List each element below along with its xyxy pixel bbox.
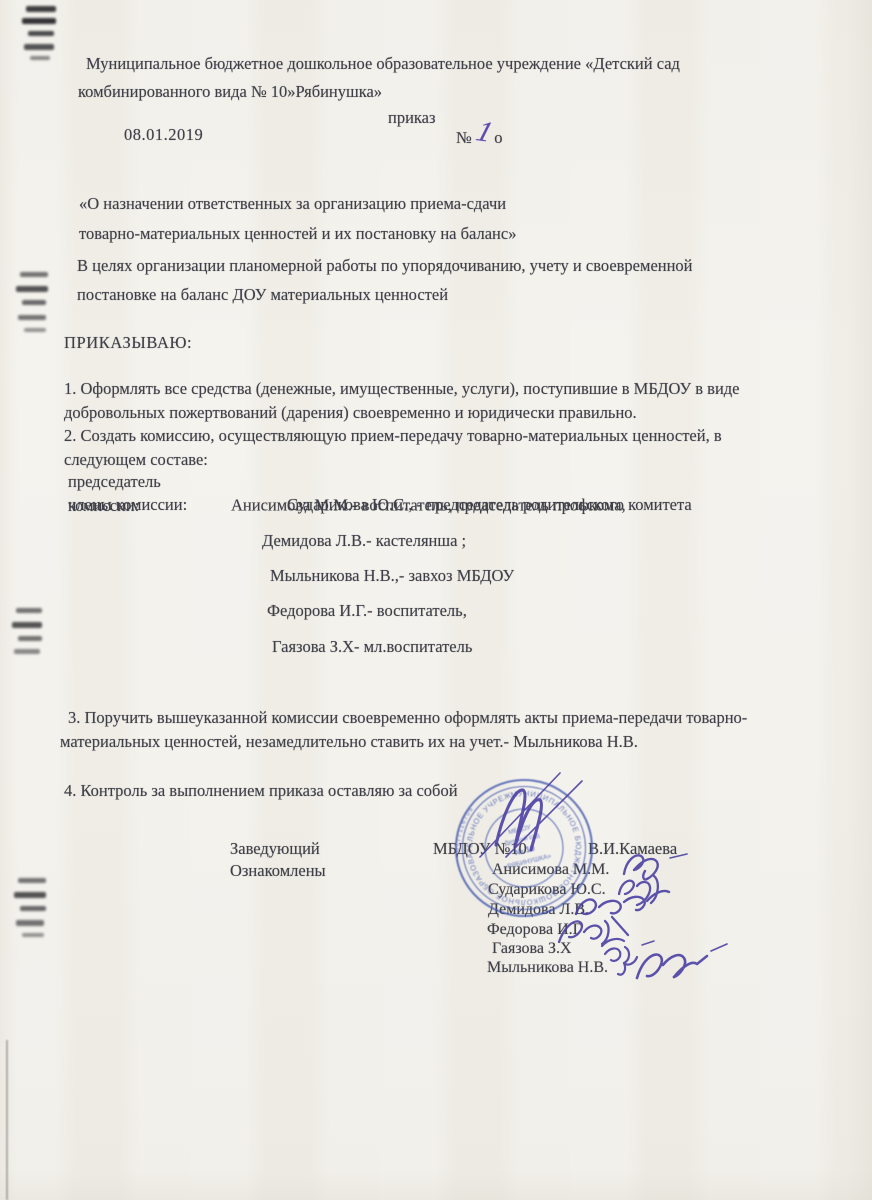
institution-header: Муниципальное бюджетное дошкольное образ… (78, 50, 758, 106)
members-label: члены комиссии: (68, 493, 231, 517)
signature-mylnikova (637, 944, 727, 978)
commission-members-row: члены комиссии:Сударикова Ю.С., - предсе… (68, 493, 868, 517)
handwritten-signatures-layer (430, 755, 740, 1005)
signature-gayazova (602, 939, 654, 975)
scanned-order-document: Муниципальное бюджетное дошкольное образ… (0, 0, 872, 1200)
order-item-2: 2. Создать комиссию, осуществляющую прие… (64, 424, 864, 471)
scan-edge-line (6, 1040, 8, 1200)
signing-role: Заведующий (230, 837, 320, 861)
order-item-4: 4. Контроль за выполнением приказа остав… (64, 779, 458, 803)
order-title: «О назначении ответственных за организац… (79, 189, 516, 248)
number-suffix: о (494, 128, 502, 147)
number-sign: № (456, 128, 472, 147)
members-first-value: Сударикова Ю.С., - председатель родитель… (287, 495, 692, 514)
commission-member: Мыльникова Н.В.,- завхоз МБДОУ (270, 564, 514, 588)
order-item-3: 3. Поручить вышеуказанной комиссии своев… (60, 706, 870, 753)
order-label: приказ (388, 106, 436, 130)
resolution-word: ПРИКАЗЫВАЮ: (64, 331, 192, 355)
signature-anisimova (624, 854, 687, 879)
commission-member: Демидова Л.В.- кастелянша ; (262, 529, 466, 553)
order-item-1: 1. Оформлять все средства (денежные, иму… (64, 377, 864, 424)
order-number: №1о (456, 123, 503, 150)
commission-member: Гаязова З.Х- мл.воспитатель (272, 635, 472, 659)
signature-demidova (576, 891, 669, 914)
handwritten-number: 1 (473, 120, 494, 145)
commission-member: Федорова И.Г.- воспитатель, (267, 599, 467, 623)
acknowledged-label: Ознакомлены (230, 859, 326, 883)
order-preamble: В целях организации планомерной работы п… (77, 251, 693, 309)
order-date: 08.01.2019 (124, 123, 203, 147)
signature-director (480, 773, 582, 857)
